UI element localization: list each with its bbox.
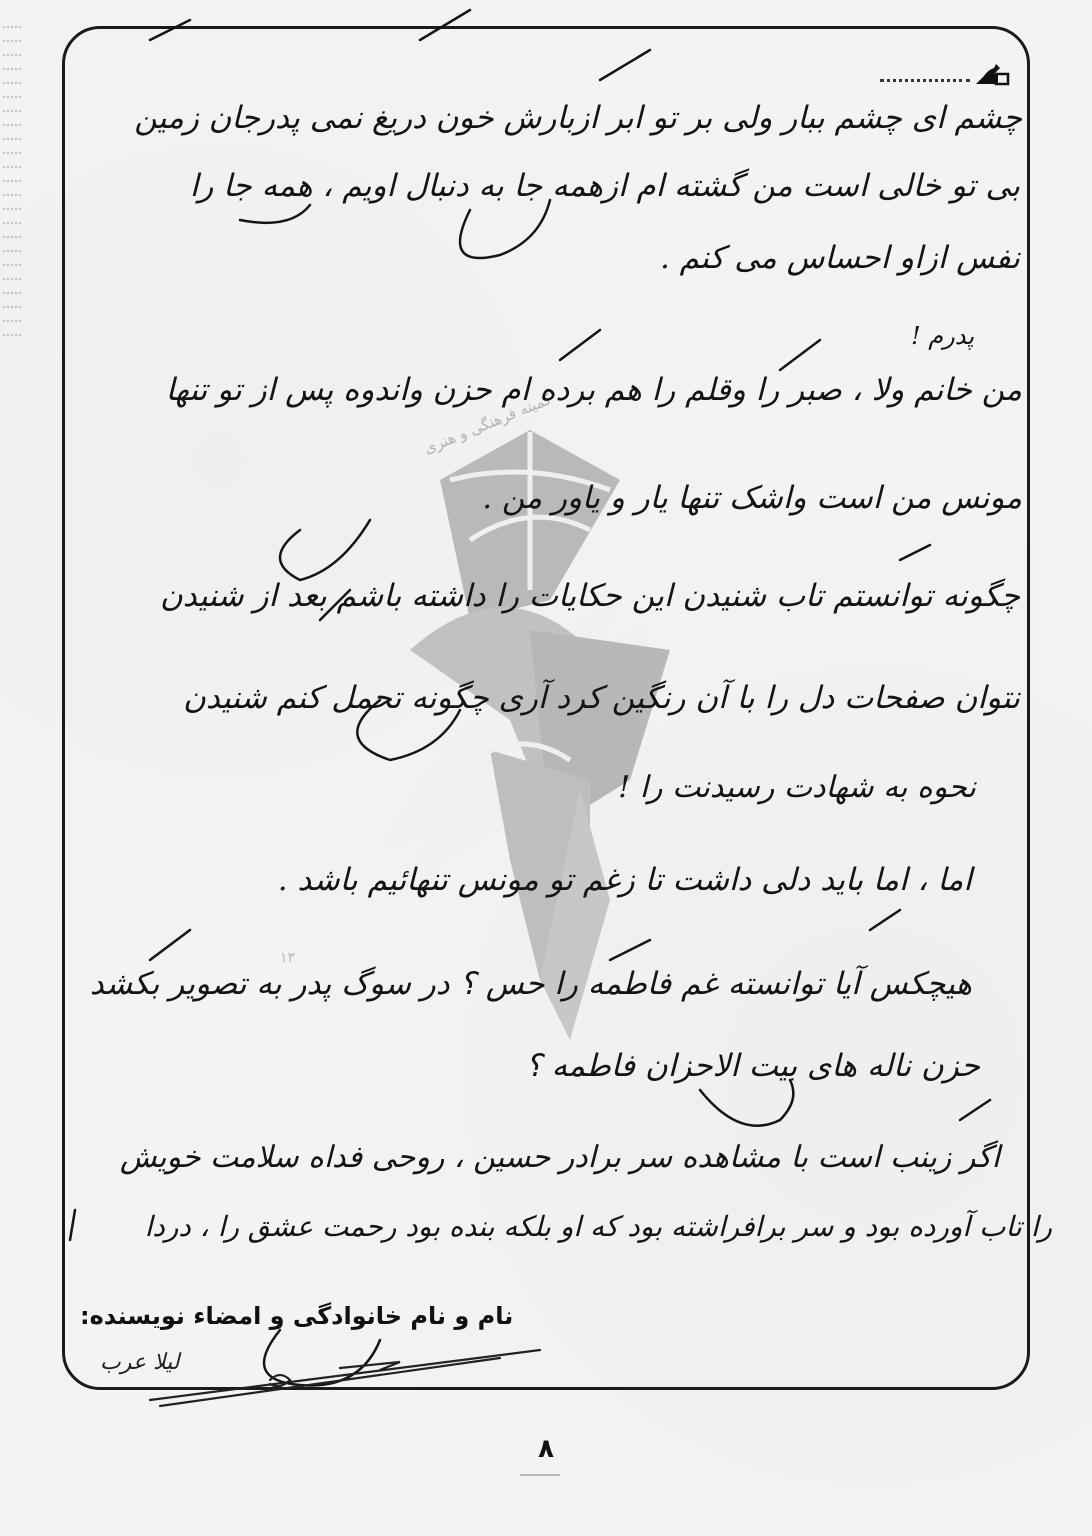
letter-line: من خانم ولا ، صبر را وقلم را هم برده ام … [166, 372, 1022, 408]
letter-line: نتوان صفحات دل را با آن رنگین کرد آری چگ… [183, 680, 1020, 716]
letter-line: مونس من است واشک تنها یار و یاور من . [482, 480, 1022, 516]
letter-line: اگر زینب است با مشاهده سر برادر حسین ، ر… [120, 1140, 1000, 1175]
letter-line: را تاب آورده بود و سر برافراشته بود که ا… [145, 1210, 1052, 1243]
letter-line: چشم ای چشم ببار ولی بر تو ابر ازبارش خون… [134, 100, 1022, 136]
writing-prompt-marker [880, 62, 1010, 88]
pen-writing-icon [974, 62, 1010, 88]
binding-holes [2, 20, 22, 340]
letter-line: هیچکس آیا توانسته غم فاطمه را حس ؟ در سو… [90, 966, 972, 1002]
letter-line: بی تو خالی است من گشته ام ازهمه جا به دن… [190, 168, 1020, 204]
letter-line: پدرم ! [911, 322, 974, 350]
letter-line: چگونه توانستم تاب شنیدن این حکایات را دا… [160, 578, 1020, 614]
page-number-underline [520, 1474, 560, 1476]
stamp-text-date: ۱۳ [280, 950, 295, 966]
dotted-line [880, 79, 970, 82]
letter-line: اما ، اما باید دلی داشت تا زغم تو مونس ت… [278, 862, 972, 898]
letter-line: نفس ازاو احساس می کنم . [660, 240, 1020, 276]
author-name-signature-label: نام و نام خانوادگی و امضاء نویسنده: [80, 1302, 513, 1330]
page-number: ۸ [0, 1434, 1092, 1464]
signature-scribble [120, 1340, 640, 1420]
letter-line: حزن ناله های بیت الاحزان فاطمه ؟ [525, 1048, 980, 1084]
letter-line: نحوه به شهادت رسیدنت را ! [618, 770, 976, 805]
